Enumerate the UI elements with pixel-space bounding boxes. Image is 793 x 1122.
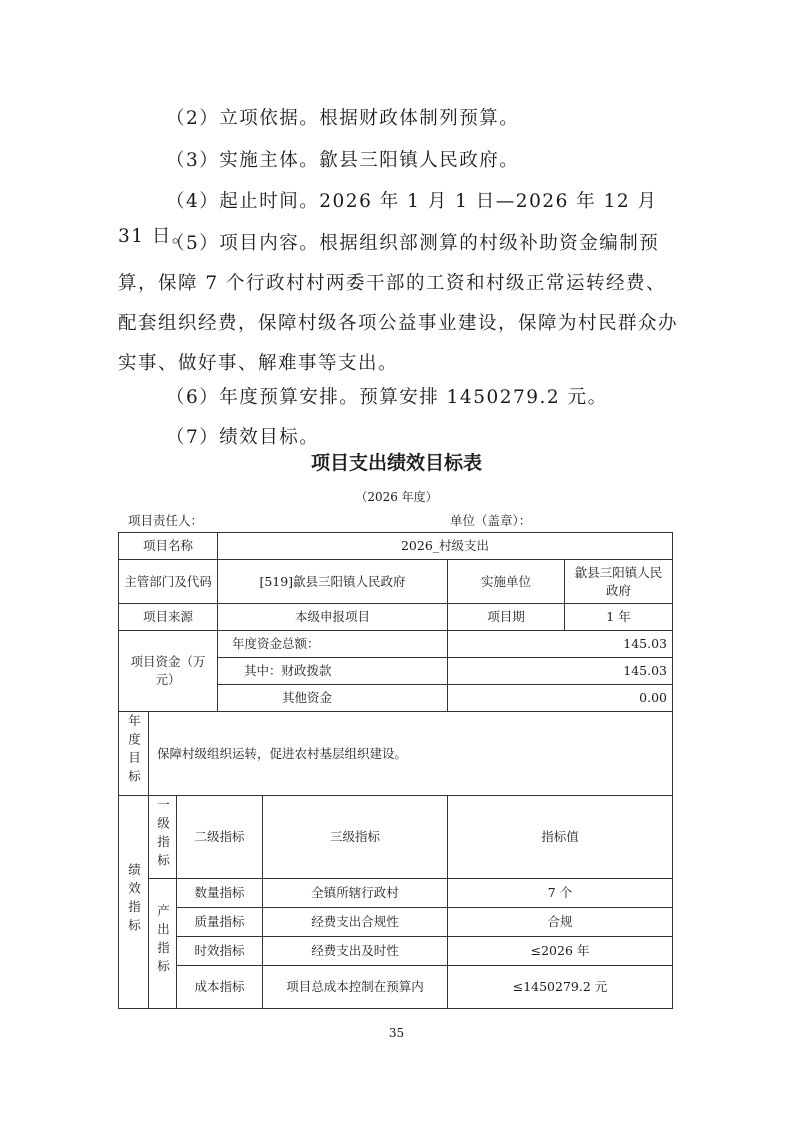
indicator-level2: 时效指标 <box>177 937 263 966</box>
table-title: 项目支出绩效目标表 <box>0 448 793 475</box>
table-row: 产出指标 数量指标 全镇所辖行政村 7 个 <box>119 879 673 908</box>
indicator-level2: 数量指标 <box>177 879 263 908</box>
header-level3: 三级指标 <box>263 796 448 879</box>
table-row: 项目来源 本级申报项目 项目期 1 年 <box>119 604 673 631</box>
table-subtitle: （2026 年度） <box>0 488 793 505</box>
paragraph-content: （5）项目内容。根据组织部测算的村级补助资金编制预算，保障 7 个行政村村两委干… <box>118 224 678 384</box>
unit-label: 单位（盖章）： <box>450 511 531 529</box>
indicator-level3: 经费支出合规性 <box>263 908 448 937</box>
page-number: 35 <box>0 1026 793 1040</box>
impl-label: 实施单位 <box>448 560 565 604</box>
table-row: 时效指标 经费支出及时性 ≤2026 年 <box>119 937 673 966</box>
header-value: 指标值 <box>448 796 673 879</box>
table-row: 绩效指标 一级指标 二级指标 三级指标 指标值 <box>119 796 673 879</box>
table-row: 项目资金（万元） 年度资金总额： 145.03 <box>119 631 673 658</box>
impl-value: 歙县三阳镇人民政府 <box>565 560 673 604</box>
funds-label: 项目资金（万元） <box>119 631 218 712</box>
period-value: 1 年 <box>565 604 673 631</box>
funds-fiscal-label: 其中：财政拨款 <box>218 658 448 685</box>
indicator-value: ≤2026 年 <box>448 937 673 966</box>
header-level1: 一级指标 <box>155 798 171 872</box>
indicator-value: ≤1450279.2 元 <box>448 966 673 1009</box>
dept-value: [519]歙县三阳镇人民政府 <box>218 560 448 604</box>
paragraph-implementer: （3）实施主体。歙县三阳镇人民政府。 <box>118 143 678 178</box>
table-row: 项目名称 2026_村级支出 <box>119 533 673 560</box>
performance-goal-table: 项目名称 2026_村级支出 主管部门及代码 [519]歙县三阳镇人民政府 实施… <box>118 532 673 1009</box>
indicator-level2: 质量指标 <box>177 908 263 937</box>
dept-label: 主管部门及代码 <box>119 560 218 604</box>
table-row: 成本指标 项目总成本控制在预算内 ≤1450279.2 元 <box>119 966 673 1009</box>
indicator-value: 合规 <box>448 908 673 937</box>
project-name-value: 2026_村级支出 <box>218 533 673 560</box>
table-row: 年度目标 保障村级组织运转，促进农村基层组织建设。 <box>119 712 673 796</box>
period-label: 项目期 <box>448 604 565 631</box>
paragraph-budget: （6）年度预算安排。预算安排 1450279.2 元。 <box>118 380 678 415</box>
responsible-label: 项目责任人： <box>128 511 203 529</box>
paragraph-basis: （2）立项依据。根据财政体制列预算。 <box>118 101 678 136</box>
funds-total-value: 145.03 <box>448 631 673 658</box>
source-label: 项目来源 <box>119 604 218 631</box>
table-row: 质量指标 经费支出合规性 合规 <box>119 908 673 937</box>
funds-total-label: 年度资金总额： <box>218 631 448 658</box>
header-level2: 二级指标 <box>177 796 263 879</box>
funds-fiscal-value: 145.03 <box>448 658 673 685</box>
indicator-level2: 成本指标 <box>177 966 263 1009</box>
annual-goal-value: 保障村级组织运转，促进农村基层组织建设。 <box>149 712 673 796</box>
indicator-level3: 经费支出及时性 <box>263 937 448 966</box>
project-name-label: 项目名称 <box>119 533 218 560</box>
annual-goal-label: 年度目标 <box>126 714 142 788</box>
indicator-level3: 全镇所辖行政村 <box>263 879 448 908</box>
funds-other-value: 0.00 <box>448 685 673 712</box>
perf-label: 绩效指标 <box>126 863 142 937</box>
table-row: 主管部门及代码 [519]歙县三阳镇人民政府 实施单位 歙县三阳镇人民政府 <box>119 560 673 604</box>
indicator-value: 7 个 <box>448 879 673 908</box>
funds-other-label: 其他资金 <box>218 685 448 712</box>
output-label: 产出指标 <box>155 904 171 978</box>
source-value: 本级申报项目 <box>218 604 448 631</box>
indicator-level3: 项目总成本控制在预算内 <box>263 966 448 1009</box>
